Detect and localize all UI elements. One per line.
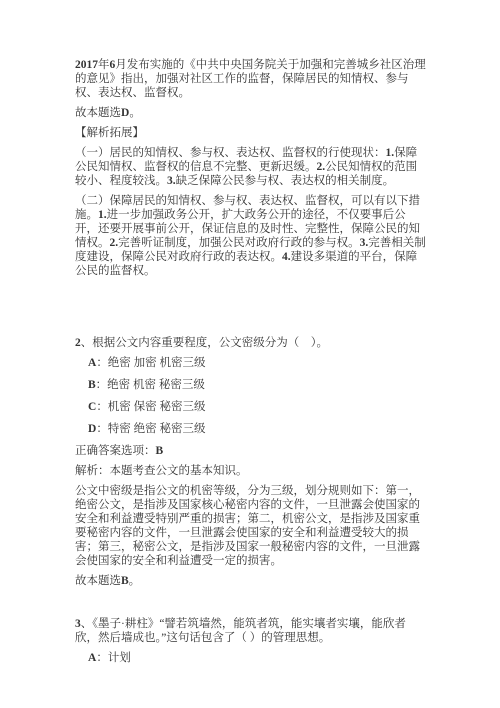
q2-option-d: D：特密 绝密 秘密三级 [88, 422, 428, 436]
document-page: 2017年6月发布实施的《中共中央国务院关于加强和完善城乡社区治理的意见》指出，… [0, 0, 500, 665]
q2-stem: 2、根据公文内容重要程度，公文密级分为（ ）。 [75, 336, 428, 350]
q3-stem: 3、《墨子·耕柱》“譬若筑墙然，能筑者筑，能实壤者实壤，能欣者欣，然后墙成也。”… [75, 617, 428, 645]
q2-analysis-body: 公文中密级是指公文的机密等级，分为三级，划分规则如下：第一，绝密公文，是指涉及国… [75, 484, 428, 568]
q1-source-paragraph: 2017年6月发布实施的《中共中央国务院关于加强和完善城乡社区治理的意见》指出，… [75, 58, 428, 100]
q1-expand-header: 【解析拓展】 [75, 126, 428, 140]
q2-answer-line: 正确答案选项：B [75, 444, 428, 458]
question1-analysis-block: 2017年6月发布实施的《中共中央国务院关于加强和完善城乡社区治理的意见》指出，… [75, 58, 428, 278]
q1-expand-para1: （一）居民的知情权、参与权、表达权、监督权的行使现状：1.保障公民知情权、监督权… [75, 146, 428, 188]
question2-block: 2、根据公文内容重要程度，公文密级分为（ ）。 A：绝密 加密 机密三级 B：绝… [75, 284, 428, 588]
q2-analysis-intro: 解析：本题考查公文的基本知识。 [75, 464, 428, 478]
q1-expand-para2: （二）保障居民的知情权、参与权、表达权、监督权，可以有以下措施。1.进一步加强政… [75, 194, 428, 278]
q2-option-b: B：绝密 机密 秘密三级 [88, 378, 428, 392]
q1-conclusion: 故本题选D。 [75, 106, 428, 120]
q2-conclusion: 故本题选B。 [75, 574, 428, 588]
q2-option-a: A：绝密 加密 机密三级 [88, 356, 428, 370]
q3-option-a: A：计划 [88, 651, 428, 665]
question3-block: 3、《墨子·耕柱》“譬若筑墙然，能筑者筑，能实壤者实壤，能欣者欣，然后墙成也。”… [75, 594, 428, 665]
q2-option-c: C：机密 保密 秘密三级 [88, 400, 428, 414]
